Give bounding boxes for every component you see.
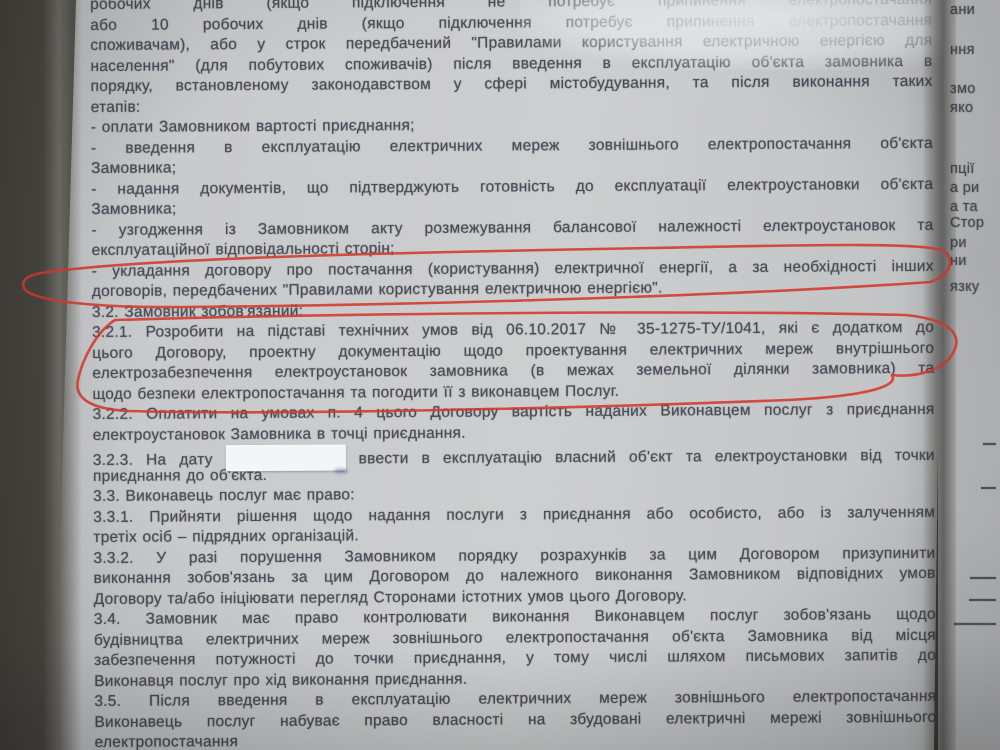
document-page: робочих днів (якщо підключення не потреб… (0, 0, 1000, 750)
page2-rule-mark (983, 443, 996, 445)
document-line: 3.2.3. На дату ввести в експлуатацію вла… (93, 441, 935, 467)
document-lines: робочих днів (якщо підключення не потреб… (90, 0, 937, 750)
page2-rule-mark (969, 599, 996, 601)
document-photo-scene: аниннязмоякопціїа риа таСторриниязку роб… (0, 0, 1000, 750)
page2-rule-mark (970, 577, 996, 579)
page2-rule-mark (954, 623, 996, 625)
page-gap-shadow (922, 0, 956, 750)
page2-rule-mark (981, 487, 996, 489)
redacted-line-suffix: ввести в експлуатацію власний об'єкт та … (359, 447, 935, 468)
redaction-box (226, 444, 346, 471)
